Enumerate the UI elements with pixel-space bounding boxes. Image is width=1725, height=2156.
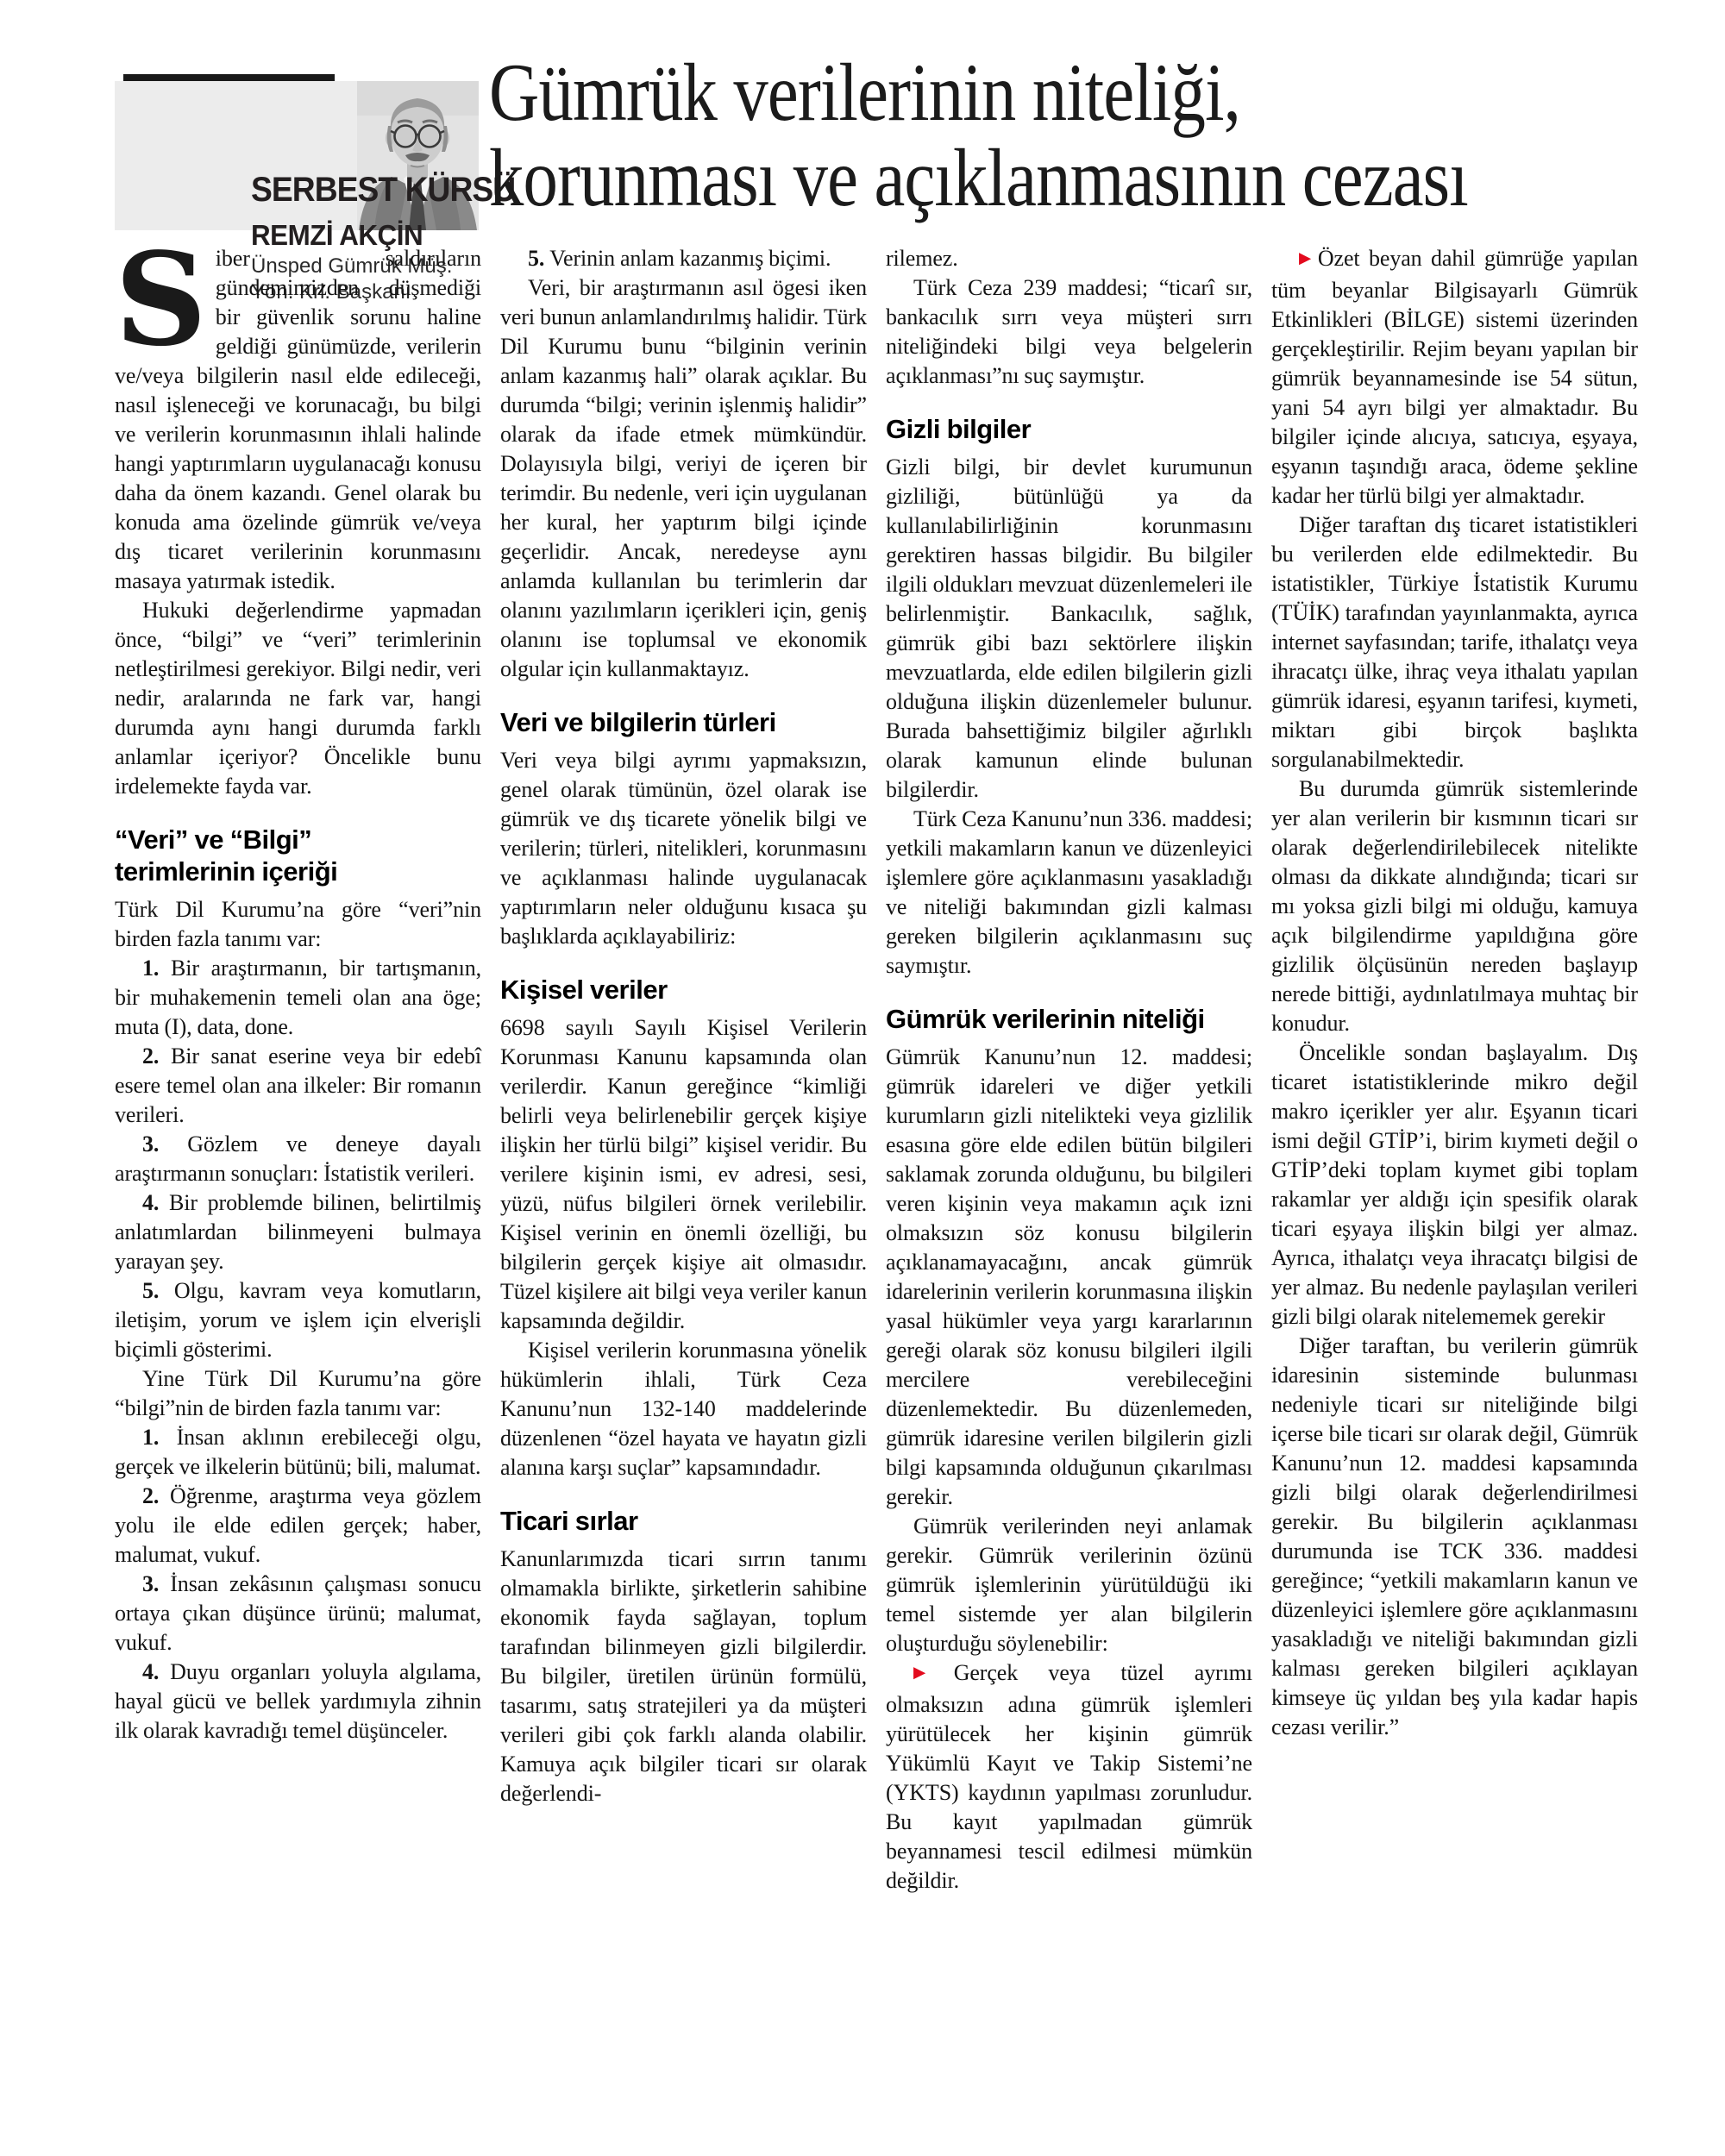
bullet-item: ▶Özet beyan dahil gümrüğe yapılan tüm be… — [1271, 244, 1638, 511]
numbered-item: 5. Olgu, kavram veya komutların, iletişi… — [115, 1276, 481, 1364]
item-number: 2. — [142, 1483, 170, 1508]
paragraph: Kişisel verilerin korunmasına yönelik hü… — [500, 1336, 867, 1482]
paragraph: Bu durumda gümrük sistemlerinde yer alan… — [1271, 774, 1638, 1038]
item-number: 1. — [142, 956, 171, 981]
drop-cap: S — [115, 244, 216, 348]
paragraph: Türk Ceza Kanunu’nun 336. maddesi; yetki… — [886, 805, 1252, 981]
paragraph: 6698 sayılı Sayılı Kişisel Verilerin Kor… — [500, 1013, 867, 1336]
item-number: 4. — [142, 1190, 169, 1215]
numbered-item: 2. Bir sanat eserine veya bir edebî eser… — [115, 1042, 481, 1130]
paragraph: Diğer taraftan dış ticaret istatistikler… — [1271, 511, 1638, 774]
item-number: 2. — [142, 1044, 171, 1069]
article-column-1: Siber saldırıların gündemimizden düşmedi… — [115, 244, 481, 1896]
numbered-item: 4. Bir problemde bilinen, belirtilmiş an… — [115, 1188, 481, 1276]
author-box: SERBEST KÜRSÜ REMZİ AKÇİN Ünsped Gümrük … — [115, 81, 479, 230]
paragraph: Veri, bir araştırmanın asıl ögesi iken v… — [500, 273, 867, 684]
paragraph: Türk Ceza 239 maddesi; “ticarî sır, bank… — [886, 273, 1252, 391]
column-kicker: SERBEST KÜRSÜ — [251, 171, 515, 210]
numbered-item: 5. Verinin anlam kazanmış biçimi. — [500, 244, 867, 273]
headline-line-2: korunması ve açıklanmasının cezası — [489, 135, 1468, 221]
numbered-item: 1. Bir araştırmanın, bir tartışmanın, bi… — [115, 954, 481, 1042]
paragraph: Hukuki değerlendirme yapmadan önce, “bil… — [115, 596, 481, 801]
paragraph: Gizli bilgi, bir devlet kurumunun gizlil… — [886, 453, 1252, 805]
numbered-item: 3. Gözlem ve deneye dayalı araştırmanın … — [115, 1130, 481, 1188]
section-subhead: Veri ve bilgilerin türleri — [500, 706, 867, 738]
section-subhead: Kişisel veriler — [500, 974, 867, 1006]
paragraph: Kanunlarımızda ticari sırrın tanımı olma… — [500, 1545, 867, 1808]
paragraph: Gümrük verilerinden neyi anlamak gerekir… — [886, 1512, 1252, 1658]
bullet-arrow-icon: ▶ — [1299, 249, 1315, 267]
article-column-4: ▶Özet beyan dahil gümrüğe yapılan tüm be… — [1271, 244, 1638, 1896]
section-subhead: “Veri” ve “Bilgi” terimlerinin içeriği — [115, 824, 481, 887]
section-subhead: Gümrük verilerinin niteliği — [886, 1003, 1252, 1035]
item-number: 1. — [142, 1425, 177, 1450]
lead-paragraph: Siber saldırıların gündemimizden düşmedi… — [115, 244, 481, 596]
paragraph: Veri veya bilgi ayrımı yapmaksızın, gene… — [500, 746, 867, 951]
numbered-item: 3. İnsan zekâsının çalışması sonucu orta… — [115, 1570, 481, 1658]
item-number: 5. — [142, 1278, 174, 1303]
paragraph: rilemez. — [886, 244, 1252, 273]
item-number: 3. — [142, 1131, 187, 1156]
article-headline: Gümrük verilerinin niteliği,korunması ve… — [489, 50, 1640, 221]
headline-line-1: Gümrük verilerinin niteliği, — [489, 50, 1240, 135]
paragraph: Diğer taraftan, bu verilerin gümrük idar… — [1271, 1332, 1638, 1742]
bullet-item: ▶Gerçek veya tüzel ayrımı olmaksızın adı… — [886, 1658, 1252, 1896]
section-subhead: Gizli bilgiler — [886, 413, 1252, 445]
item-number: 5. — [528, 246, 549, 271]
paragraph: Gümrük Kanunu’nun 12. maddesi; gümrük id… — [886, 1043, 1252, 1512]
numbered-item: 4. Duyu organları yoluyla algılama, haya… — [115, 1658, 481, 1745]
item-number: 4. — [142, 1659, 170, 1684]
newspaper-page: SERBEST KÜRSÜ REMZİ AKÇİN Ünsped Gümrük … — [0, 0, 1725, 2156]
article-column-3: rilemez.Türk Ceza 239 maddesi; “ticarî s… — [886, 244, 1252, 1896]
bullet-arrow-icon: ▶ — [913, 1664, 951, 1682]
numbered-item: 2. Öğrenme, araştırma veya gözlem yolu i… — [115, 1482, 481, 1570]
item-number: 3. — [142, 1571, 170, 1596]
article-body: Siber saldırıların gündemimizden düşmedi… — [115, 244, 1638, 1896]
section-subhead: Ticari sırlar — [500, 1505, 867, 1537]
article-column-2: 5. Verinin anlam kazanmış biçimi.Veri, b… — [500, 244, 867, 1896]
paragraph: Öncelikle sondan başlayalım. Dış ticaret… — [1271, 1038, 1638, 1332]
paragraph: Türk Dil Kurumu’na göre “veri”nin birden… — [115, 895, 481, 954]
numbered-item: 1. İnsan aklının erebileceği olgu, gerçe… — [115, 1423, 481, 1482]
paragraph: Yine Türk Dil Kurumu’na göre “bilgi”nin … — [115, 1364, 481, 1423]
